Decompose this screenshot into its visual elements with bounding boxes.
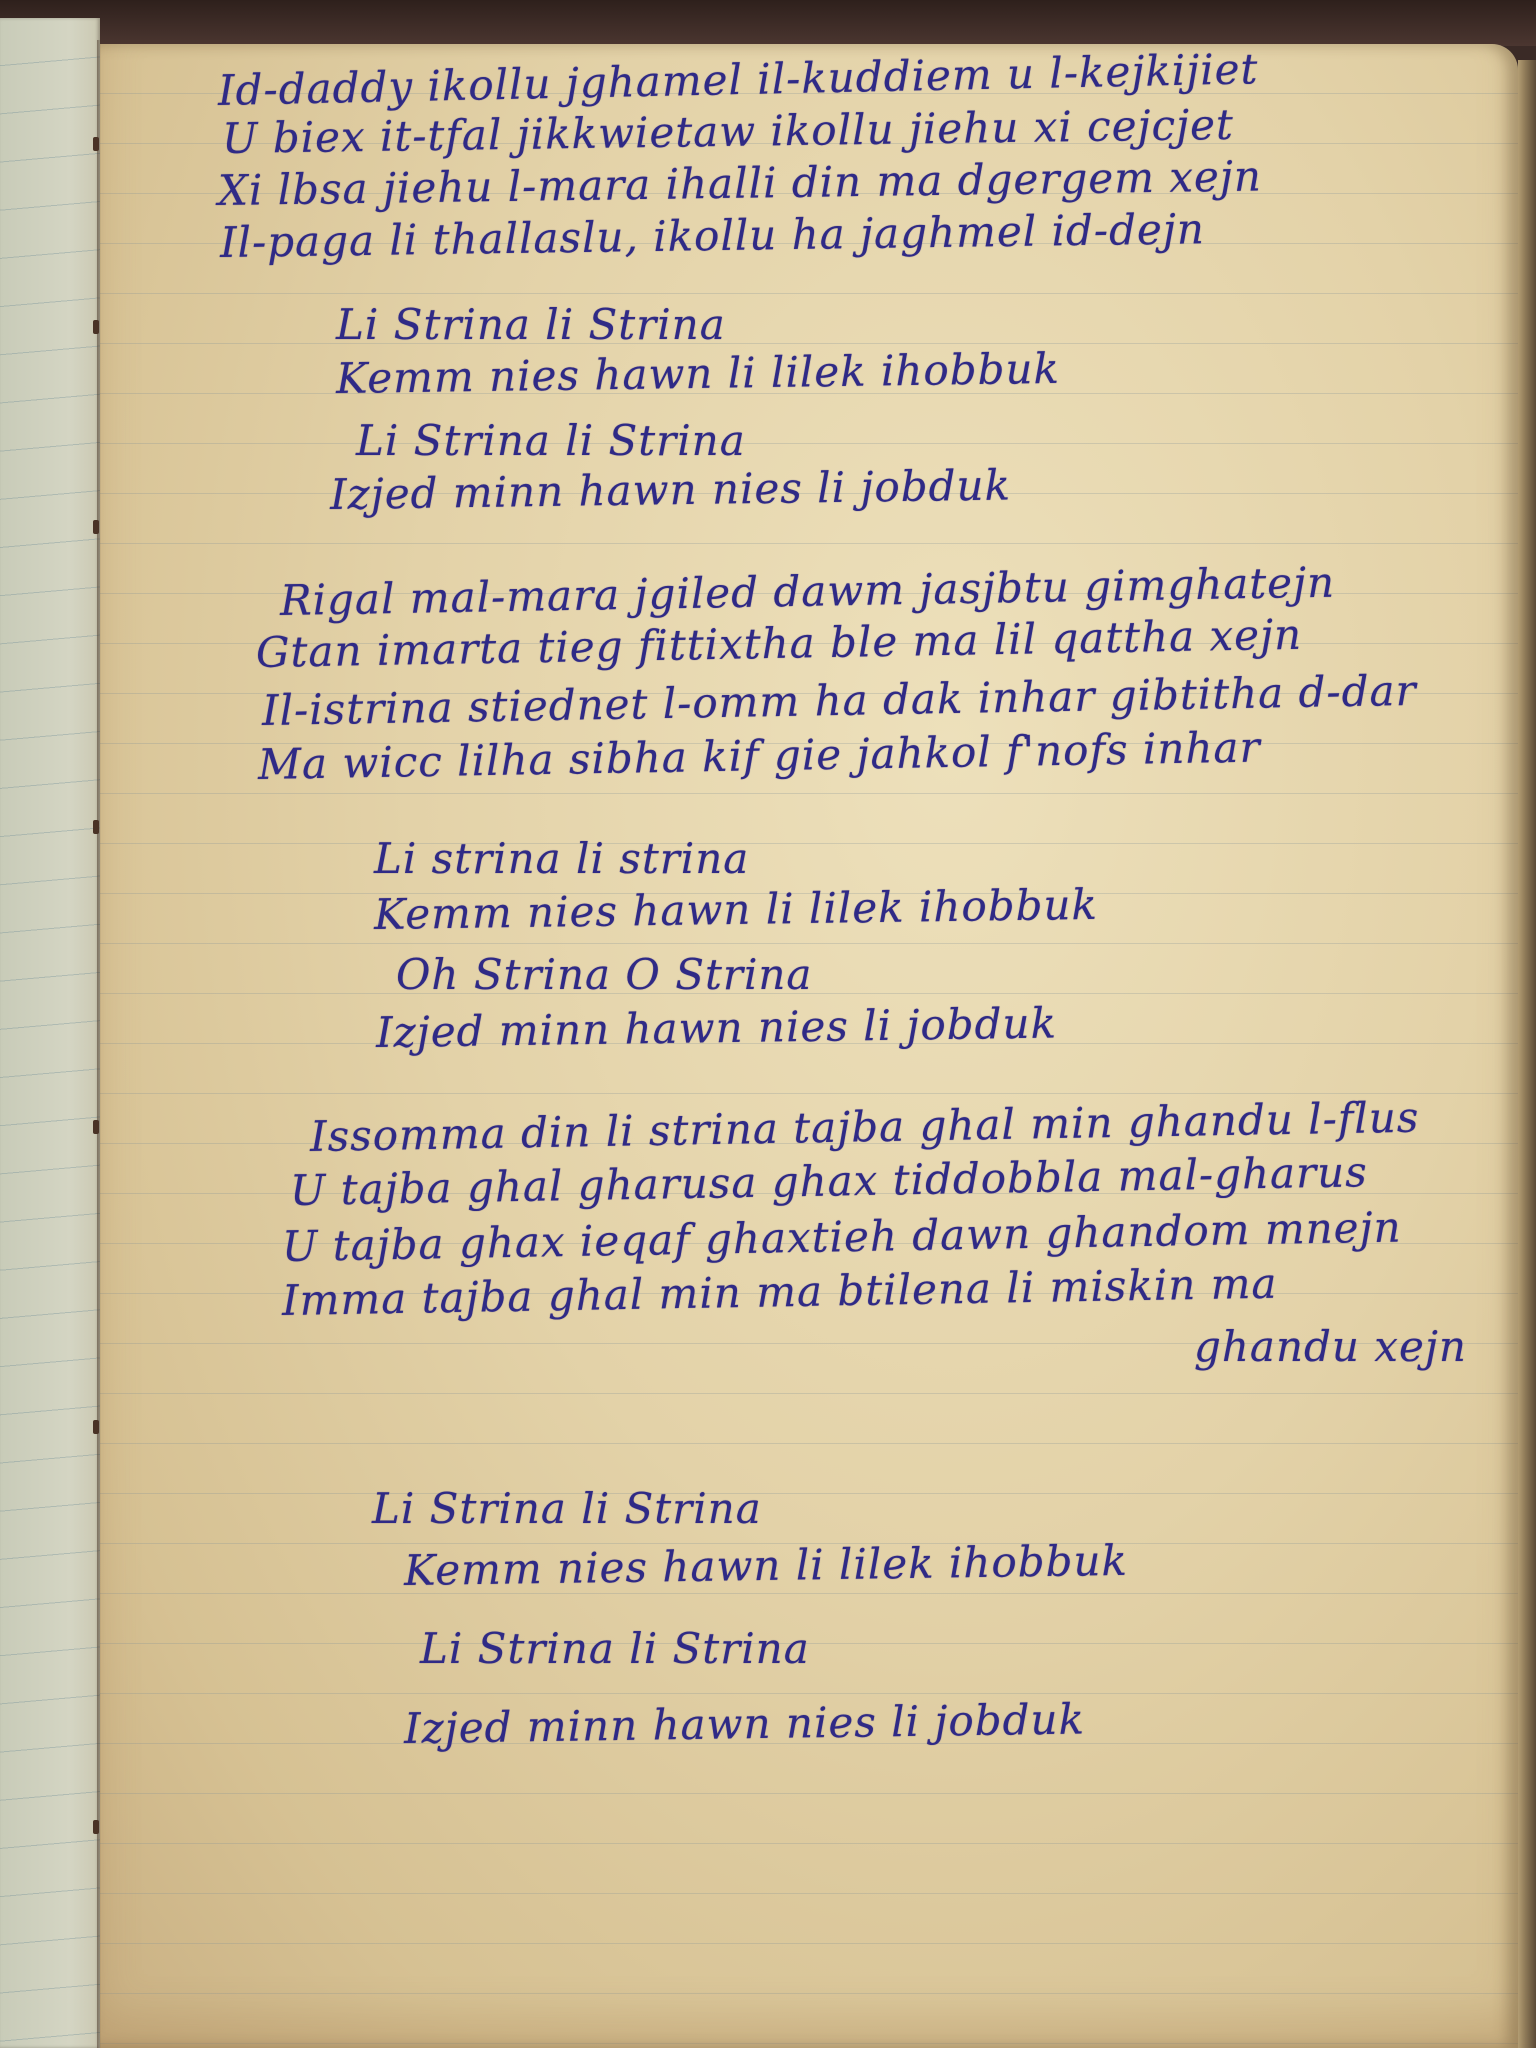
- refrain-1-line-2: Kemm nies hawn li lilek ihobbuk: [336, 344, 1061, 403]
- refrain-1-line-4: Izjed minn hawn nies li jobduk: [330, 460, 1012, 519]
- stanza-1-line-4: Il-paga li thallaslu, ikollu ha jaghmel …: [220, 204, 1205, 267]
- stanza-2-line-4: Ma wicc lilha sibha kif gie jahkol f'nof…: [258, 723, 1261, 789]
- refrain-2-line-4: Izjed minn hawn nies li jobduk: [376, 998, 1058, 1057]
- stanza-3-line-4: Imma tajba ghal min ma btilena li miskin…: [282, 1259, 1278, 1325]
- refrain-2-line-1: Li strina li strina: [374, 834, 749, 883]
- refrain-1-line-3: Li Strina li Strina: [356, 416, 746, 465]
- refrain-3-line-4: Izjed minn hawn nies li jobduk: [404, 1694, 1086, 1753]
- refrain-3-line-3: Li Strina li Strina: [420, 1624, 810, 1673]
- handwritten-text: Id-daddy ikollu jghamel il-kuddiem u l-k…: [0, 0, 1536, 2048]
- refrain-3-line-2: Kemm nies hawn li lilek ihobbuk: [404, 1536, 1129, 1595]
- refrain-2-line-3: Oh Strina O Strina: [396, 950, 812, 999]
- refrain-2-line-2: Kemm nies hawn li lilek ihobbuk: [374, 880, 1099, 939]
- refrain-1-line-1: Li Strina li Strina: [336, 300, 726, 349]
- refrain-3-line-1: Li Strina li Strina: [372, 1484, 762, 1533]
- stanza-3-line-5: ghandu xejn: [1194, 1322, 1467, 1371]
